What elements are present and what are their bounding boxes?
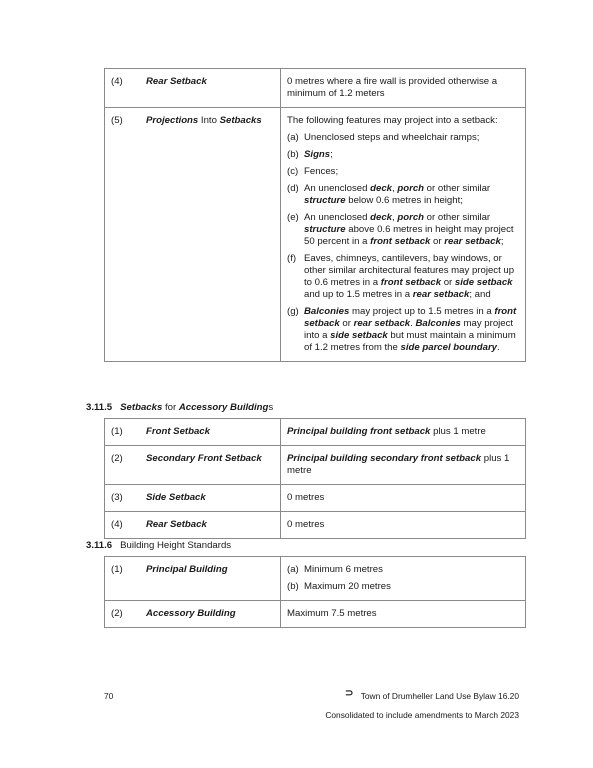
table-row: (1)Front SetbackPrincipal building front… [105,419,526,446]
page-number: 70 [104,690,113,702]
row-value: 0 metres where a fire wall is provided o… [281,69,525,107]
list-item: (g)Balconies may project up to 1.5 metre… [287,306,519,354]
section-title: Setbacks for Accessory Buildings [120,402,273,413]
projections-intro: The following features may project into … [287,115,519,127]
table-row: (4)Rear Setback0 metres [105,512,526,539]
list-item: (d)An unenclosed deck, porch or other si… [287,183,519,207]
table-row: (4)Rear Setback 0 metres where a fire wa… [105,69,526,108]
section-heading-3-11-5: 3.11.5Setbacks for Accessory Buildings [86,402,273,414]
table-row: (1)Principal Building(a)Minimum 6 metres… [105,557,526,601]
projections-list: (a)Unenclosed steps and wheelchair ramps… [287,132,519,354]
table-row: (5)Projections Into Setbacks The followi… [105,108,526,362]
section-heading-3-11-6: 3.11.6Building Height Standards [86,540,231,552]
section-number: 3.11.5 [86,402,112,413]
row-label: Rear Setback [146,76,207,88]
building-height-table: (1)Principal Building(a)Minimum 6 metres… [104,556,526,628]
list-item: (e)An unenclosed deck, porch or other si… [287,212,519,248]
table-row: (3)Side Setback0 metres [105,485,526,512]
row-number: (4) [111,76,146,88]
footer-title: Town of Drumheller Land Use Bylaw 16.20 [361,690,519,702]
footer-subtitle: Consolidated to include amendments to Ma… [325,709,519,721]
section-number: 3.11.6 [86,540,112,551]
row-label: Projections Into Setbacks [146,115,262,127]
drumheller-logo-icon: ⊃ [345,688,353,700]
table-row: (2)Secondary Front SetbackPrincipal buil… [105,446,526,485]
section-title: Building Height Standards [120,540,231,551]
row-number: (5) [111,115,146,127]
setbacks-table-continued: (4)Rear Setback 0 metres where a fire wa… [104,68,526,362]
list-item: (b)Signs; [287,149,519,161]
list-item: (a)Unenclosed steps and wheelchair ramps… [287,132,519,144]
table-row: (2)Accessory BuildingMaximum 7.5 metres [105,601,526,628]
list-item: (c)Fences; [287,166,519,178]
list-item: (f)Eaves, chimneys, cantilevers, bay win… [287,253,519,301]
accessory-setbacks-table: (1)Front SetbackPrincipal building front… [104,418,526,539]
